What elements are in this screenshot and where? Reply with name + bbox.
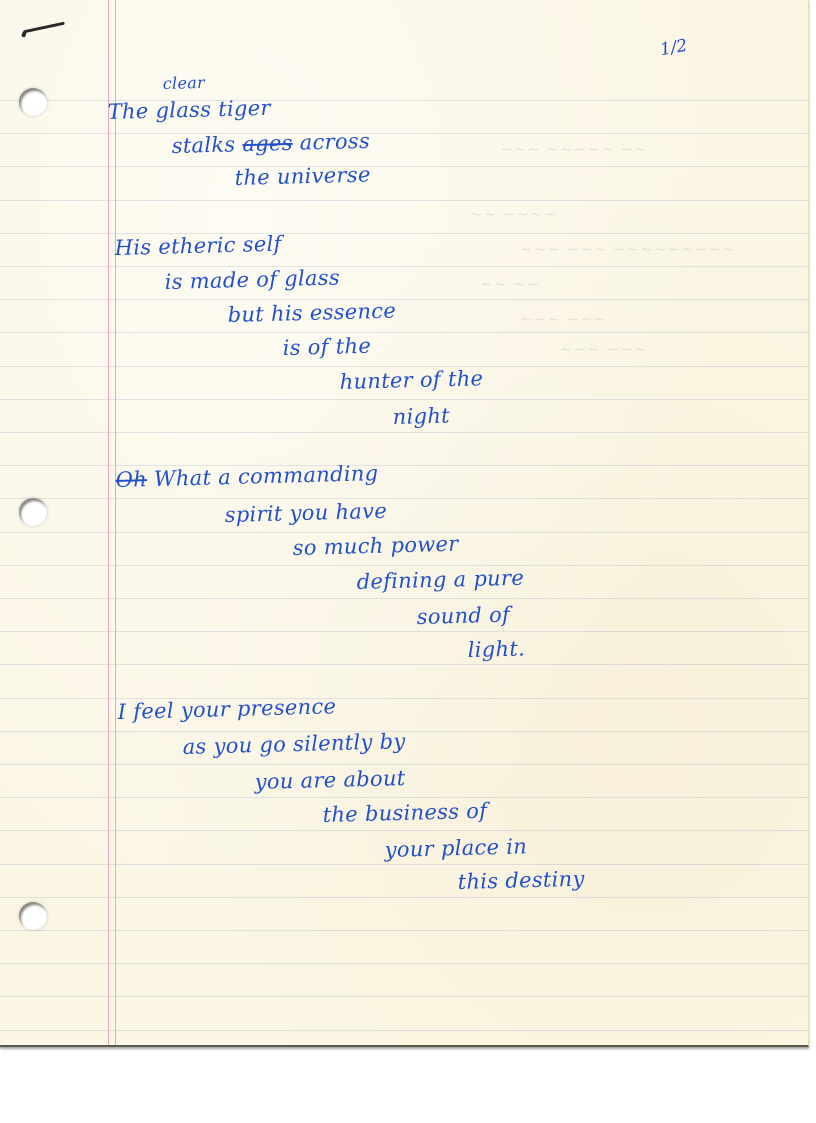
poem-line: His etheric self [114, 232, 282, 260]
bleed-through-mark: ~~~ ~~~~~ ~~ [500, 140, 647, 158]
binder-hole-top [19, 88, 47, 116]
rule-line [0, 432, 808, 433]
rule-line [0, 299, 808, 300]
rule-line [0, 233, 808, 234]
poem-line: your place in [384, 834, 527, 862]
bleed-through-mark: ~~~ ~~~ [520, 310, 607, 328]
rule-line [0, 166, 808, 167]
binder-hole-middle [19, 498, 47, 526]
rule-line [0, 698, 808, 699]
line-text: glass tiger [155, 96, 271, 123]
margin-line-right [115, 0, 116, 1045]
line-text: across [292, 129, 370, 155]
poem-line: but his essence [227, 299, 396, 327]
rule-line [0, 200, 808, 201]
poem-line: as you go silently by [182, 729, 405, 759]
bleed-through-mark: ~~ ~~~~ [470, 205, 557, 223]
struck-out-word: ages [242, 131, 293, 156]
pencil-mark [23, 22, 65, 34]
rule-line [0, 996, 808, 997]
poem-line: you are about [254, 766, 405, 794]
rule-line [0, 864, 808, 865]
poem-line: light. [467, 637, 525, 662]
rule-line [0, 764, 808, 765]
page-number: 1/2 [658, 36, 688, 60]
poem-line: is of the [282, 334, 371, 360]
poem-line: is made of glass [164, 265, 340, 294]
rule-line [0, 465, 808, 466]
line-text: stalks [171, 132, 242, 158]
rule-line [0, 133, 808, 134]
struck-out-word: Oh [115, 467, 147, 492]
poem-line: spirit you have [224, 499, 387, 527]
poem-line: stalks ages across [171, 129, 370, 158]
bleed-through-mark: ~~ ~~ [480, 275, 540, 293]
poem-line: night [392, 404, 450, 429]
rule-line [0, 598, 808, 599]
line-text: The [107, 99, 155, 124]
rule-line [0, 399, 808, 400]
binder-hole-bottom [19, 902, 47, 930]
poem-line: The glass tiger [107, 96, 271, 124]
bleed-through-mark: ~~~ ~~~ ~~~~~~~~~ [520, 240, 735, 258]
poem-line: sound of [416, 603, 510, 629]
rule-line [0, 930, 808, 931]
poem-line: the universe [234, 162, 371, 190]
rule-line [0, 565, 808, 566]
rule-line [0, 797, 808, 798]
poem-line: the business of [322, 799, 487, 827]
margin-line-left [108, 0, 109, 1045]
rule-line [0, 631, 808, 632]
insertion-word: clear [163, 73, 206, 93]
rule-line [0, 498, 808, 499]
rule-line [0, 664, 808, 665]
poem-line: hunter of the [339, 366, 483, 394]
bleed-through-mark: ~~~ ~~~ [560, 340, 647, 358]
poem-line: defining a pure [356, 566, 524, 594]
rule-line [0, 830, 808, 831]
rule-line [0, 963, 808, 964]
poem-line: so much power [292, 532, 458, 560]
rule-line [0, 1030, 808, 1031]
rule-line [0, 266, 808, 267]
rule-line [0, 366, 808, 367]
rule-line [0, 897, 808, 898]
notebook-page: ~~~ ~~~~~ ~~ ~~ ~~~~ ~~~ ~~~ ~~~~~~~~~ ~… [0, 0, 809, 1047]
poem-line: this destiny [457, 867, 585, 894]
poem-line: I feel your presence [117, 694, 336, 724]
line-text: What a commanding [147, 461, 379, 491]
rule-line [0, 332, 808, 333]
